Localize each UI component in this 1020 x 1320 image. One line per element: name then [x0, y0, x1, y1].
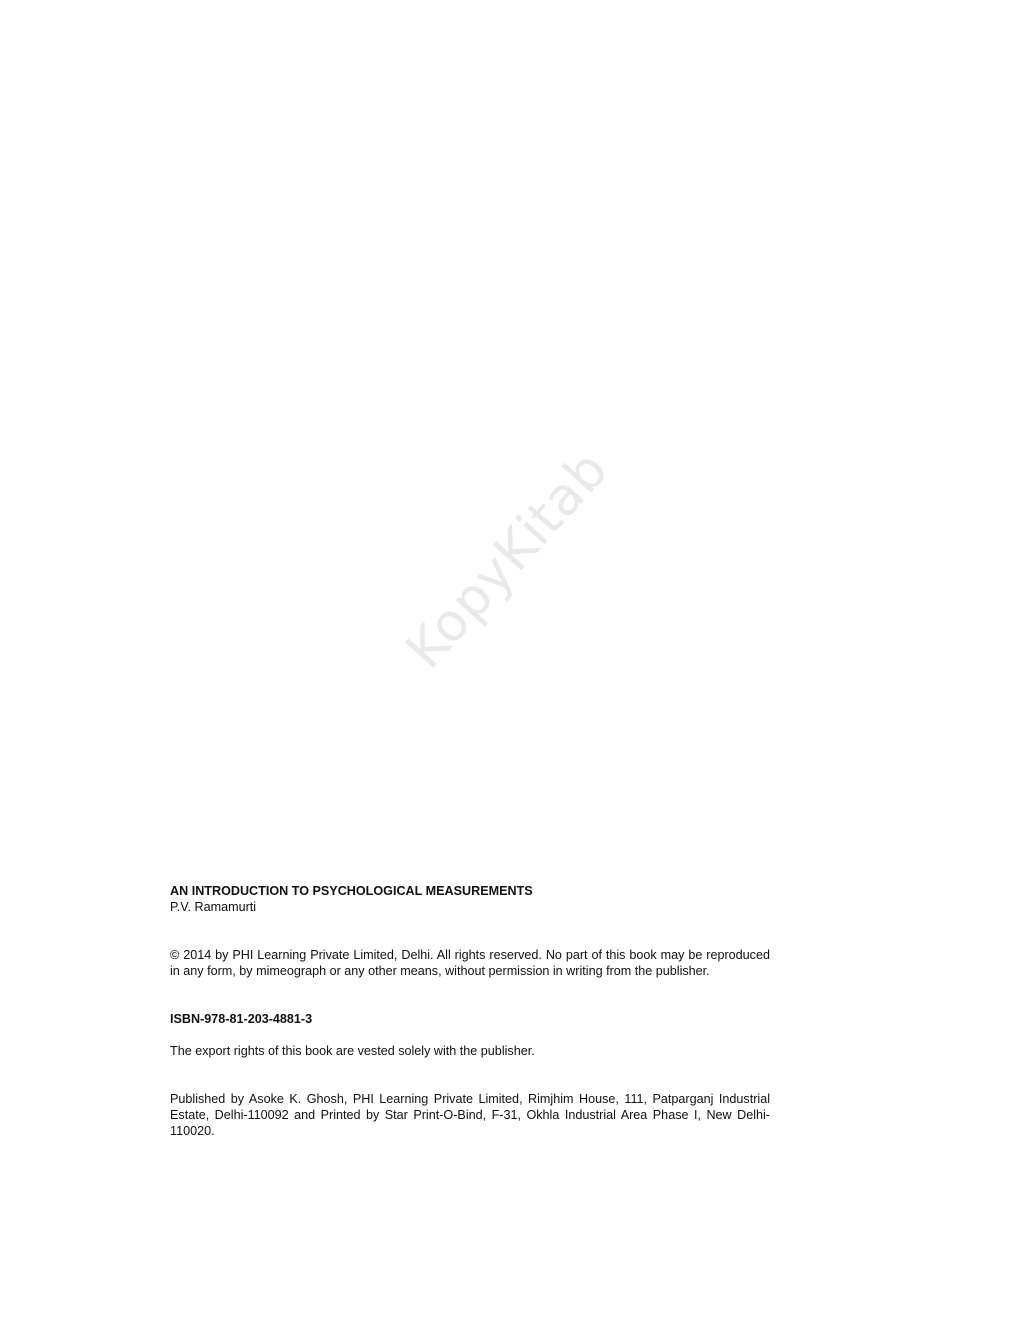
book-author: P.V. Ramamurti	[170, 899, 770, 915]
export-rights: The export rights of this book are veste…	[170, 1043, 770, 1059]
isbn-block: ISBN-978-81-203-4881-3	[170, 1011, 770, 1027]
publisher-info: Published by Asoke K. Ghosh, PHI Learnin…	[170, 1091, 770, 1139]
export-rights-block: The export rights of this book are veste…	[170, 1043, 770, 1059]
publisher-block: Published by Asoke K. Ghosh, PHI Learnin…	[170, 1091, 770, 1139]
title-block: AN INTRODUCTION TO PSYCHOLOGICAL MEASURE…	[170, 883, 770, 915]
copyright-text: © 2014 by PHI Learning Private Limited, …	[170, 947, 770, 979]
watermark: KopyKitab	[395, 439, 620, 680]
copyright-notice: © 2014 by PHI Learning Private Limited, …	[170, 947, 770, 979]
book-title: AN INTRODUCTION TO PSYCHOLOGICAL MEASURE…	[170, 883, 770, 899]
isbn: ISBN-978-81-203-4881-3	[170, 1011, 770, 1027]
